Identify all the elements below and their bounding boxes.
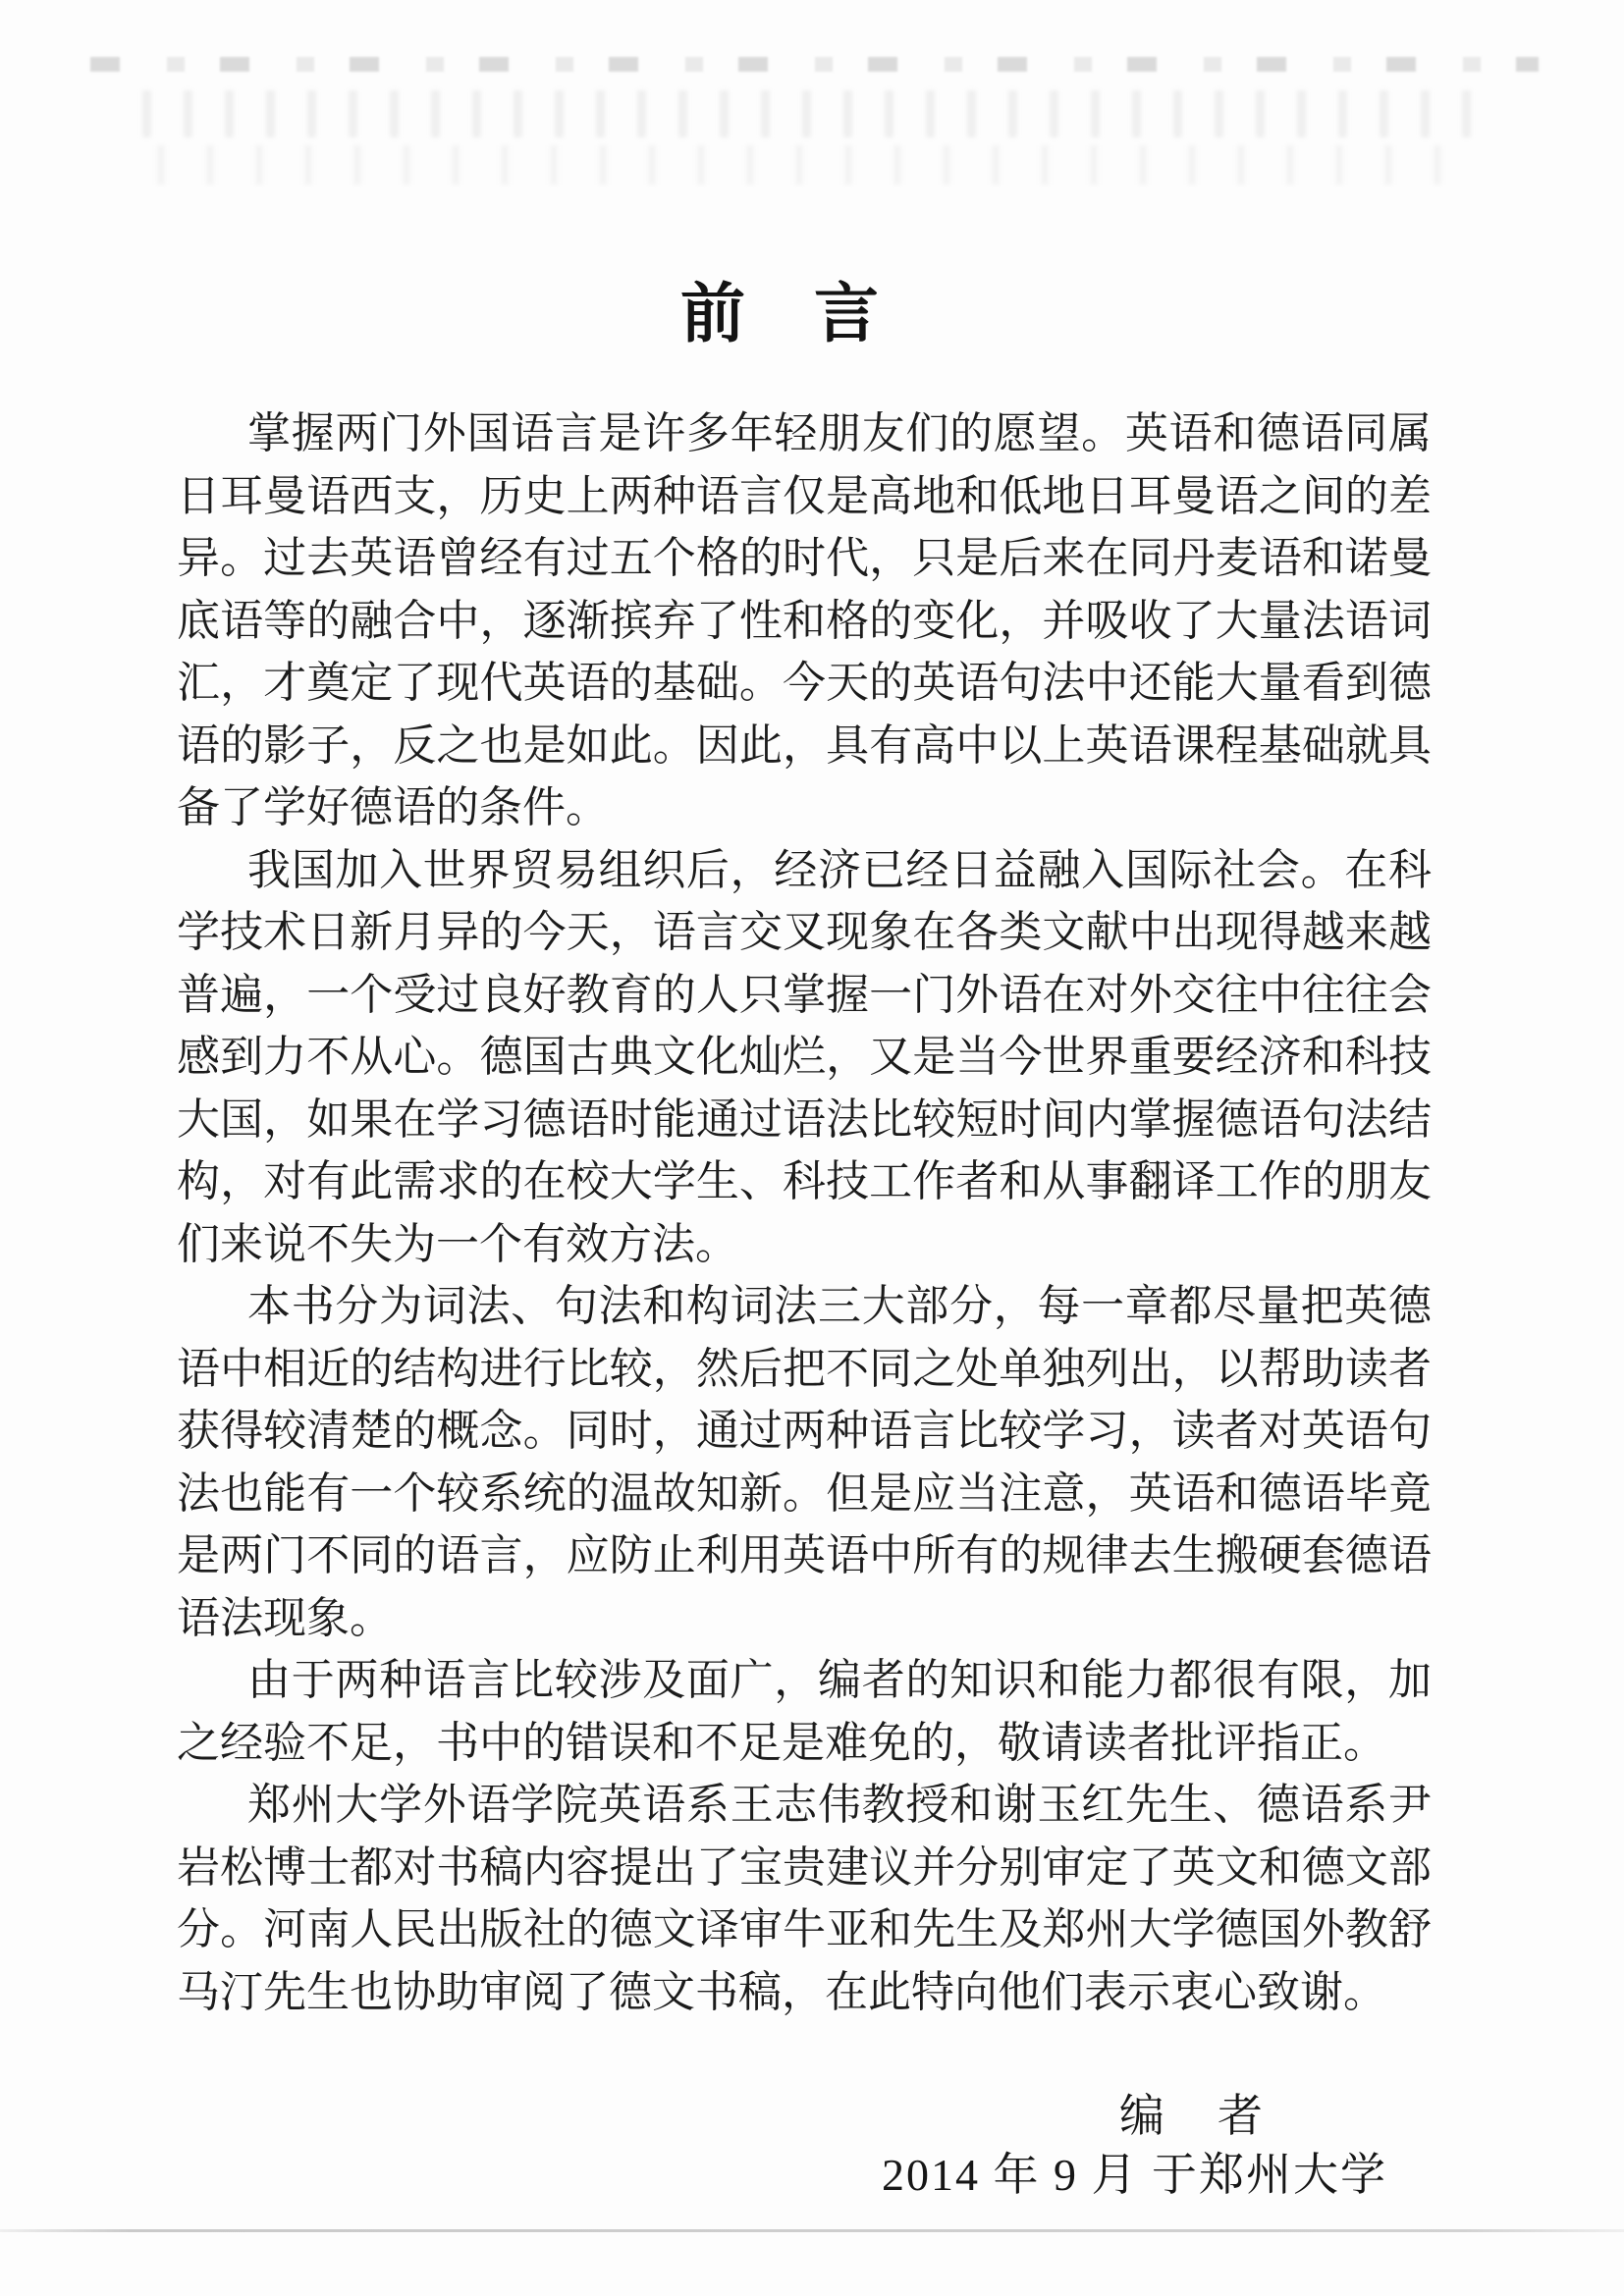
paragraph-4: 由于两种语言比较涉及面广，编者的知识和能力都很有限，加之经验不足，书中的错误和不… bbox=[177, 1649, 1432, 1774]
page-title: 前 言 bbox=[153, 278, 1408, 349]
scan-artifact-bleedthrough bbox=[142, 90, 1497, 137]
scanned-preface-page: 前 言 掌握两门外国语言是许多年轻朋友们的愿望。英语和德语同属日耳曼语西支，历史… bbox=[0, 0, 1624, 2296]
scan-artifact-bleedthrough-2 bbox=[157, 145, 1473, 185]
page-edge-line bbox=[0, 2229, 1624, 2232]
paragraph-5: 郑州大学外语学院英语系王志伟教授和谢玉红先生、德语系尹岩松博士都对书稿内容提出了… bbox=[177, 1774, 1432, 2023]
paragraph-2: 我国加入世界贸易组织后，经济已经日益融入国际社会。在科学技术日新月异的今天，语言… bbox=[177, 839, 1432, 1276]
scan-artifact-dashes bbox=[90, 57, 1539, 72]
signature-author: 编 者 bbox=[177, 2087, 1432, 2146]
paragraph-3: 本书分为词法、句法和构词法三大部分，每一章都尽量把英德语中相近的结构进行比较，然… bbox=[177, 1275, 1432, 1649]
preface-body: 掌握两门外国语言是许多年轻朋友们的愿望。英语和德语同属日耳曼语西支，历史上两种语… bbox=[177, 402, 1432, 2023]
signature-date: 2014 年 9 月 于郑州大学 bbox=[177, 2146, 1432, 2205]
paragraph-1: 掌握两门外国语言是许多年轻朋友们的愿望。英语和德语同属日耳曼语西支，历史上两种语… bbox=[177, 402, 1432, 839]
